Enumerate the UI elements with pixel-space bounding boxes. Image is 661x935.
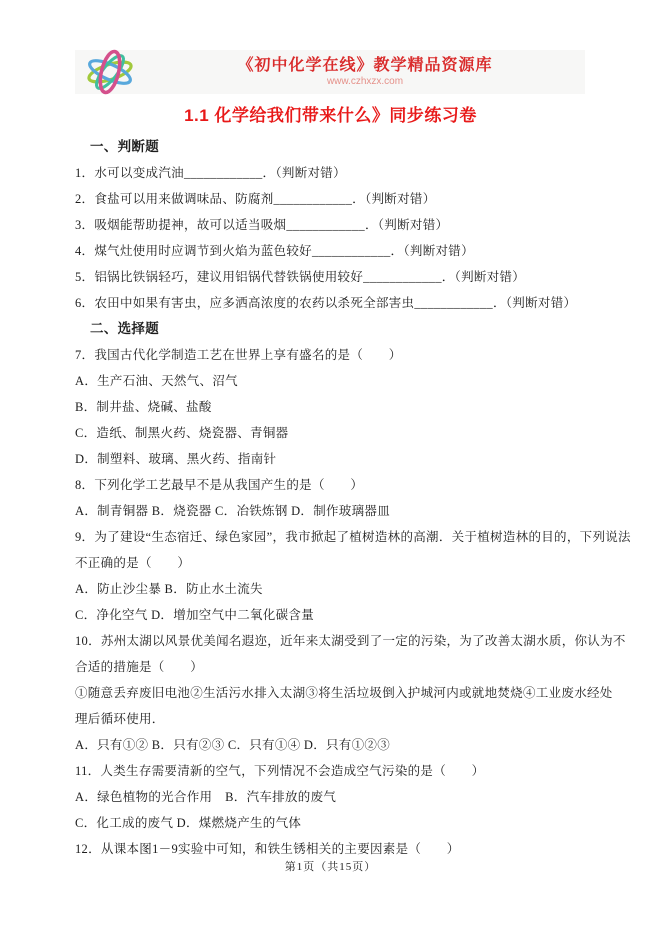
atom-logo-icon (75, 50, 145, 94)
site-name: 《初中化学在线》教学精品资源库 (237, 57, 492, 75)
question-line: C．净化空气 D．增加空气中二氧化碳含量 (75, 602, 615, 628)
question-line: C．造纸、制黑火药、烧瓷器、青铜器 (75, 420, 615, 446)
question-line: 5．铝锅比铁锅轻巧，建议用铝锅代替铁锅使用较好____________．（判断对… (75, 264, 615, 290)
question-line: 2．食盐可以用来做调味品、防腐剂____________．（判断对错） (75, 186, 615, 212)
question-line: A．制青铜器 B．烧瓷器 C．冶铁炼钢 D．制作玻璃器皿 (75, 498, 615, 524)
question-line: A．只有①② B．只有②③ C．只有①④ D．只有①②③ (75, 732, 615, 758)
question-line: 合适的措施是（ ） (75, 654, 615, 680)
page-title: 1.1 化学给我们带来什么》同步练习卷 (0, 101, 661, 126)
section-heading: 一、判断题 (75, 134, 615, 160)
site-title-block: 《初中化学在线》教学精品资源库 www.czhxzx.com (145, 57, 585, 88)
question-line: D．制塑料、玻璃、黑火药、指南针 (75, 446, 615, 472)
question-line: 8．下列化学工艺最早不是从我国产生的是（ ） (75, 472, 615, 498)
content: 一、判断题1．水可以变成汽油____________．（判断对错）2．食盐可以用… (75, 134, 615, 862)
question-line: A．防止沙尘暴 B．防止水土流失 (75, 576, 615, 602)
question-line: 3．吸烟能帮助提神，故可以适当吸烟____________．（判断对错） (75, 212, 615, 238)
question-line: 10．苏州太湖以风景优美闻名遐迩，近年来太湖受到了一定的污染，为了改善太湖水质，… (75, 628, 615, 654)
question-line: 不正确的是（ ） (75, 550, 615, 576)
worksheet-page: 《初中化学在线》教学精品资源库 www.czhxzx.com 1.1 化学给我们… (0, 0, 661, 935)
site-url: www.czhxzx.com (327, 76, 403, 87)
question-line: A．生产石油、天然气、沼气 (75, 368, 615, 394)
question-line: 4．煤气灶使用时应调节到火焰为蓝色较好____________．（判断对错） (75, 238, 615, 264)
question-line: C．化工成的废气 D．煤燃烧产生的气体 (75, 810, 615, 836)
question-line: 1．水可以变成汽油____________．（判断对错） (75, 160, 615, 186)
question-line: 理后循环使用． (75, 706, 615, 732)
question-line: A．绿色植物的光合作用 B．汽车排放的废气 (75, 784, 615, 810)
site-header: 《初中化学在线》教学精品资源库 www.czhxzx.com (75, 50, 585, 94)
question-line: ①随意丢弃废旧电池②生活污水排入太湖③将生活垃圾倒入护城河内或就地焚烧④工业废水… (75, 680, 615, 706)
question-line: 11．人类生存需要清新的空气，下列情况不会造成空气污染的是（ ） (75, 758, 615, 784)
page-footer: 第1页（共15页） (0, 858, 661, 874)
question-line: 6．农田中如果有害虫，应多洒高浓度的农药以杀死全部害虫____________．… (75, 290, 615, 316)
question-line: 7．我国古代化学制造工艺在世界上享有盛名的是（ ） (75, 342, 615, 368)
section-heading: 二、选择题 (75, 316, 615, 342)
question-line: 9．为了建设“生态宿迁、绿色家园”，我市掀起了植树造林的高潮．关于植树造林的目的… (75, 524, 615, 550)
question-line: B．制井盐、烧碱、盐酸 (75, 394, 615, 420)
